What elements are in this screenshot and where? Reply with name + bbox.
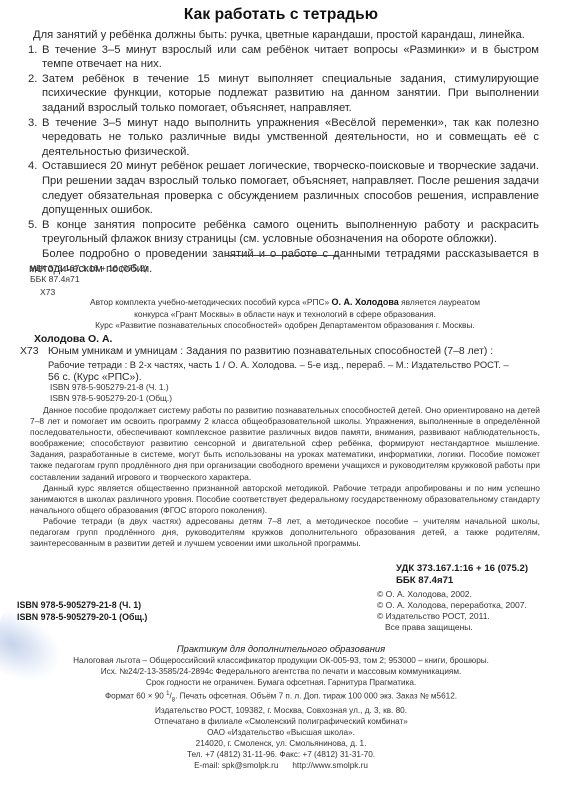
bibliography-code: Х73 [20,345,48,358]
website-link[interactable]: http://www.smolpk.ru [292,761,368,770]
author-name-bold: О. А. Холодова [332,297,399,307]
instruction-step: 5.В конце занятия попросите ребёнка само… [29,218,539,247]
bibliography-isbn: ISBN 978-5-905279-21-8 (Ч. 1.) ISBN 978-… [50,382,172,404]
section-divider [225,255,339,256]
instruction-step: 1.В течение 3–5 минут взрослый или сам р… [29,43,539,72]
bibliography-entry: Х73 Юным умникам и умницам : Задания по … [20,345,540,384]
abstract: Данное пособие продолжает систему работы… [30,405,540,549]
catalog-codes: УДК 373.167.1:16 + 16 (075.2) ББК 87.4я7… [30,263,147,285]
format-line: Формат 60 × 90 1/8. Печать офсетная. Объ… [0,689,562,706]
instruction-step: 4.Оставшиеся 20 минут ребёнок решает лог… [29,159,539,217]
copyright-block: © О. А. Холодова, 2002. © О. А. Холодова… [377,589,527,633]
instructions-intro: Для занятий у ребёнка должны быть: ручка… [29,28,539,43]
page-title: Как работать с тетрадью [0,6,562,24]
imprint: Практикум для дополнительного образовани… [0,643,562,771]
bbk-code: ББК 87.4я71 [30,274,147,285]
book-page: Как работать с тетрадью Для занятий у ре… [0,0,562,800]
email-link[interactable]: E-mail: spk@smolpk.ru [194,761,278,772]
instruction-step: 3.В течение 3–5 минут надо выполнить упр… [29,116,539,160]
instruction-step: 2.Затем ребёнок в течение 15 минут выпол… [29,72,539,116]
udk-code: УДК 373.167.1:16 + 16 (075.2) [30,263,147,274]
instructions-steps: 1.В течение 3–5 минут взрослый или сам р… [29,43,539,247]
author-note: Автор комплекта учебно-методических посо… [50,297,520,332]
abstract-paragraph: Данный курс является общественно признан… [30,483,540,516]
instructions-section: Для занятий у ребёнка должны быть: ручка… [29,28,539,276]
bibliography-author: Холодова О. А. [34,333,112,345]
abstract-paragraph: Данное пособие продолжает систему работы… [30,405,540,483]
udk-block: УДК 373.167.1:16 + 16 (075.2) ББК 87.4я7… [396,563,528,588]
practicum-label: Практикум для дополнительного образовани… [0,643,562,655]
isbn-block: ISBN 978-5-905279-21-8 (Ч. 1) ISBN 978-5… [17,600,147,623]
abstract-paragraph: Рабочие тетради (в двух частях) адресова… [30,516,540,549]
